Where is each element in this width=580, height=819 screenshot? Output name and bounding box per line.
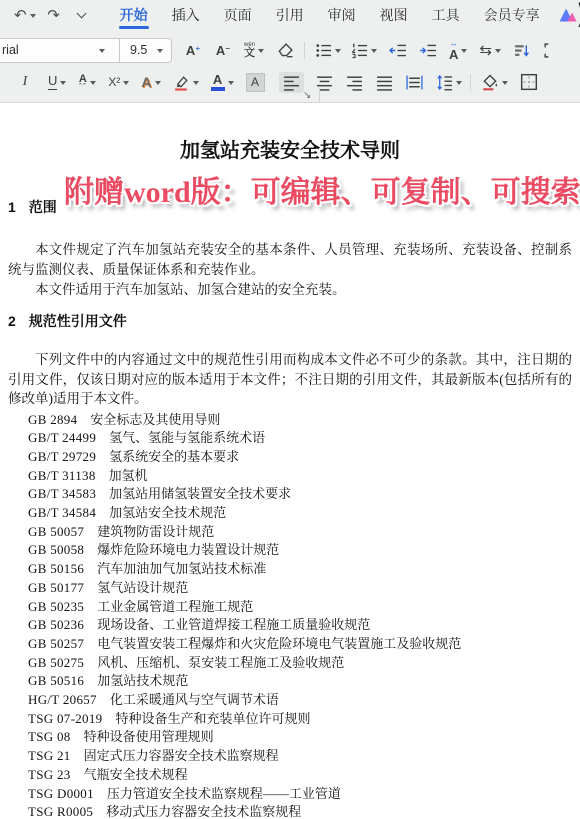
font-color-icon: A (211, 73, 225, 91)
reference-code: GB 50058 (28, 541, 84, 560)
wps-writer-window: ↶ ↷ 开始插入页面引用审阅视图工具会员专享 WPS AI (0, 0, 580, 819)
reference-title: 风机、压缩机、泵安装工程施工及验收规范 (97, 654, 344, 673)
reference-title: 气瓶安全技术规程 (84, 766, 188, 785)
reference-item: GB 50058爆炸危险环境电力装置设计规范 (28, 541, 572, 560)
paragraph-scope-1: 本文件规定了汽车加氢站充装安全的基本条件、人员管理、充装场所、充装设备、控制系统… (8, 240, 572, 280)
align-center-icon (316, 74, 333, 91)
distribute-icon (406, 74, 423, 91)
increase-indent-button[interactable] (419, 38, 437, 62)
document-title: 加氢站充装安全技术导则 (8, 137, 572, 165)
paragraph-scope-2: 本文件适用于汽车加氢站、加氢合建站的安全充装。 (8, 280, 572, 300)
distribute-button[interactable] (406, 70, 424, 94)
reference-title: 加氢站用储氢装置安全技术要求 (109, 485, 291, 504)
reference-item: GB 50156汽车加油加气加氢站技术标准 (28, 560, 572, 579)
decrease-indent-button[interactable] (389, 38, 407, 62)
reference-code: GB 50057 (28, 523, 84, 542)
toolbar-region: ↶ ↷ 开始插入页面引用审阅视图工具会员专享 WPS AI (0, 0, 580, 103)
font-controls-box: rial 9.5 (0, 38, 172, 63)
tab-list: 开始插入页面引用审阅视图工具会员专享 (110, 0, 550, 30)
shading-caret-icon[interactable] (502, 81, 508, 88)
divider (470, 74, 471, 91)
ribbon-tab-row: ↶ ↷ 开始插入页面引用审阅视图工具会员专享 WPS AI (0, 0, 580, 30)
line-spacing-icon (436, 74, 453, 91)
reference-code: GB 50275 (28, 654, 84, 673)
reference-code: GB 50257 (28, 635, 84, 654)
numbered-list-caret-icon[interactable] (371, 49, 377, 56)
reference-code: TSG D0001 (28, 785, 94, 804)
reference-item: GB 50057建筑物防雷设计规范 (28, 523, 572, 542)
quick-access-toolbar: ↶ ↷ (14, 3, 90, 27)
section-number: 1 (8, 198, 16, 217)
font-name-select[interactable]: rial (0, 43, 96, 57)
line-spacing-caret-icon[interactable] (456, 81, 462, 88)
underline-button[interactable]: U (48, 70, 66, 94)
font-color-caret-icon[interactable] (228, 81, 234, 88)
letter-a: A (449, 48, 458, 61)
reference-item: TSG 23气瓶安全技术规程 (28, 766, 572, 785)
bullet-list-button[interactable] (315, 38, 341, 62)
reference-item: GB/T 24499氢气、氢能与氢能系统术语 (28, 429, 572, 448)
pinyin-caret-icon[interactable] (258, 49, 264, 56)
font-name-caret-icon[interactable] (99, 49, 105, 56)
redo-icon: ↷ (47, 8, 60, 23)
divider (304, 42, 305, 59)
section-title: 范围 (29, 198, 57, 217)
line-spacing-button[interactable] (436, 70, 462, 94)
pinyin-guide-button[interactable]: wén 文 (244, 38, 264, 62)
text-direction-caret-icon[interactable] (495, 49, 501, 56)
reference-title: 氢气站设计规范 (97, 579, 188, 598)
emphasis-mark-button[interactable]: A ˆˆ (78, 70, 96, 94)
tab-页面[interactable]: 页面 (214, 0, 262, 30)
highlighter-icon (173, 74, 190, 91)
decrease-font-icon: A (216, 44, 225, 57)
reference-title: 特种设备生产和充装单位许可规则 (115, 710, 310, 729)
redo-button[interactable]: ↷ (45, 3, 63, 27)
reference-item: GB 2894安全标志及其使用导则 (28, 411, 572, 430)
minus-sign: ⁻ (225, 45, 230, 56)
bullet-list-caret-icon[interactable] (335, 49, 341, 56)
numbered-list-button[interactable] (351, 38, 377, 62)
italic-button[interactable]: I (16, 70, 34, 94)
reference-code: GB/T 29729 (28, 448, 96, 467)
watermark-text: 附赠word版：可编辑、可复制、可搜索 (64, 173, 576, 213)
undo-dropdown-caret-icon[interactable] (30, 14, 36, 21)
highlight-caret-icon[interactable] (193, 81, 199, 88)
reference-code: GB 50156 (28, 560, 84, 579)
reference-item: TSG 08特种设备使用管理规则 (28, 728, 572, 747)
emphasis-mark-icon: A ˆˆ (79, 74, 87, 90)
reference-item: GB/T 34584加氢站安全技术规范 (28, 504, 572, 523)
reference-item: GB 50177氢气站设计规范 (28, 579, 572, 598)
sort-button[interactable] (513, 38, 531, 62)
select-corners-icon (543, 42, 560, 59)
reference-code: GB 50177 (28, 579, 84, 598)
section-title: 规范性引用文件 (29, 312, 127, 331)
text-effects-icon: A (141, 75, 151, 89)
superscript-caret-icon[interactable] (123, 81, 129, 88)
customize-quick-access-button[interactable] (72, 3, 90, 27)
text-direction-button[interactable]: ⇆ (479, 38, 501, 62)
reference-title: 加氢机 (109, 467, 148, 486)
pinyin-char: 文 (244, 48, 255, 59)
references-list: GB 2894安全标志及其使用导则GB/T 24499氢气、氢能与氢能系统术语G… (8, 411, 572, 819)
highlight-button[interactable] (173, 70, 199, 94)
reference-item: GB/T 31138加氢机 (28, 467, 572, 486)
reference-title: 汽车加油加气加氢站技术标准 (97, 560, 266, 579)
dialog-launcher-button[interactable]: ↘ (303, 90, 311, 101)
tab-工具[interactable]: 工具 (422, 0, 470, 30)
sort-icon (513, 42, 530, 59)
justify-icon (376, 74, 393, 91)
tab-开始[interactable]: 开始 (110, 0, 158, 30)
italic-icon: I (23, 74, 28, 90)
reference-title: 氢系统安全的基本要求 (109, 448, 239, 467)
superscript-button[interactable]: X² (108, 70, 129, 94)
reference-item: GB/T 34583加氢站用储氢装置安全技术要求 (28, 485, 572, 504)
increase-font-icon: A (186, 44, 195, 57)
format-row-font: rial 9.5 A⁺ A⁻ wén 文 (0, 36, 580, 64)
reference-code: TSG R0005 (28, 803, 93, 819)
wps-ai-logo-icon (560, 9, 573, 22)
reference-title: 移动式压力容器安全技术监察规程 (106, 803, 301, 819)
borders-button[interactable] (520, 70, 538, 94)
reference-title: 氢气、氢能与氢能系统术语 (109, 429, 265, 448)
reference-item: TSG D0001压力管道安全技术监察规程——工业管道 (28, 785, 572, 804)
reference-title: 加氢站安全技术规范 (109, 504, 226, 523)
bullet-list-icon (315, 42, 332, 59)
reference-code: GB/T 31138 (28, 467, 96, 486)
reference-code: GB/T 24499 (28, 429, 96, 448)
clear-format-button[interactable] (276, 38, 294, 62)
undo-icon: ↶ (14, 8, 27, 23)
tab-会员专享[interactable]: 会员专享 (474, 0, 550, 30)
reference-code: TSG 23 (28, 766, 71, 785)
decrease-font-size-button[interactable]: A⁻ (214, 38, 232, 62)
reference-item: TSG 07-2019特种设备生产和充装单位许可规则 (28, 710, 572, 729)
paragraph-references-intro: 下列文件中的内容通过文中的规范性引用而构成本文件必不可少的条款。其中，注日期的引… (8, 350, 572, 409)
reference-item: TSG 21固定式压力容器安全技术监察规程 (28, 747, 572, 766)
reference-code: GB 2894 (28, 411, 77, 430)
undo-button[interactable]: ↶ (14, 3, 36, 27)
align-left-icon (283, 74, 300, 91)
paint-bucket-icon (481, 73, 499, 91)
divider (319, 90, 320, 102)
font-size-select[interactable]: 9.5 (120, 43, 154, 57)
font-size-caret-icon[interactable] (157, 49, 163, 56)
reference-item: GB 50257电气装置安装工程爆炸和火灾危险环境电气装置施工及验收规范 (28, 635, 572, 654)
increase-indent-icon (419, 42, 437, 59)
clipped-toolbar-button[interactable] (543, 38, 561, 62)
underline-icon: U (48, 74, 57, 89)
reference-item: TSG R0005移动式压力容器安全技术监察规程 (28, 803, 572, 819)
reference-code: GB/T 34583 (28, 485, 96, 504)
section-number: 2 (8, 312, 16, 331)
reference-code: GB/T 34584 (28, 504, 96, 523)
document-page[interactable]: 加氢站充装安全技术导则 1 范围 本文件规定了汽车加氢站充装安全的基本条件、人员… (0, 104, 580, 819)
emphasis-dots: ˆˆ (79, 85, 87, 90)
decrease-indent-icon (389, 42, 407, 59)
tab-视图[interactable]: 视图 (370, 0, 418, 30)
reference-title: 化工采暖通风与空气调节术语 (110, 691, 279, 710)
pinyin-icon: wén 文 (244, 42, 255, 59)
wps-ai-button[interactable]: WPS AI (560, 0, 580, 30)
border-grid-icon (520, 73, 538, 91)
numbered-list-icon (351, 42, 368, 59)
reference-item: GB 50275风机、压缩机、泵安装工程施工及验收规范 (28, 654, 572, 673)
align-left-button[interactable] (279, 72, 304, 93)
reference-code: TSG 07-2019 (28, 710, 102, 729)
align-right-button[interactable] (346, 70, 364, 94)
tab-插入[interactable]: 插入 (162, 0, 210, 30)
reference-code: TSG 21 (28, 747, 71, 766)
superscript-icon: X² (108, 75, 120, 89)
tab-审阅[interactable]: 审阅 (318, 0, 366, 30)
letter-a: A (213, 73, 222, 86)
character-shading-icon: A (246, 73, 265, 92)
character-shading-button[interactable]: A (246, 70, 265, 94)
reference-item: GB 50516加氢站技术规范 (28, 672, 572, 691)
plus-sign: ⁺ (195, 45, 200, 56)
chevron-down-icon (77, 9, 87, 19)
character-scale-button[interactable]: ↔ A (449, 38, 467, 62)
align-right-icon (346, 74, 363, 91)
tab-引用[interactable]: 引用 (266, 0, 314, 30)
character-scale-caret-icon[interactable] (461, 49, 467, 56)
reference-title: 现场设备、工业管道焊接工程施工质量验收规范 (97, 616, 370, 635)
reference-title: 电气装置安装工程爆炸和火灾危险环境电气装置施工及验收规范 (97, 635, 461, 654)
format-row-paragraph: I U A ˆˆ X² A (0, 68, 580, 96)
text-effects-button[interactable]: A (141, 70, 160, 94)
reference-code: TSG 08 (28, 728, 71, 747)
reference-item: GB 50235工业金属管道工程施工规范 (28, 598, 572, 617)
underline-caret-icon[interactable] (60, 81, 66, 88)
shading-fill-button[interactable] (481, 70, 508, 94)
text-effects-caret-icon[interactable] (155, 81, 161, 88)
reference-code: GB 50516 (28, 672, 84, 691)
reference-title: 固定式压力容器安全技术监察规程 (84, 747, 279, 766)
reference-title: 压力管道安全技术监察规程——工业管道 (107, 785, 341, 804)
emphasis-caret-icon[interactable] (90, 81, 96, 88)
reference-title: 建筑物防雷设计规范 (97, 523, 214, 542)
increase-font-size-button[interactable]: A⁺ (184, 38, 202, 62)
two-way-arrows-icon: ⇆ (479, 43, 492, 58)
reference-item: HG/T 20657化工采暖通风与空气调节术语 (28, 691, 572, 710)
reference-title: 安全标志及其使用导则 (90, 411, 220, 430)
justify-button[interactable] (376, 70, 394, 94)
reference-item: GB/T 29729氢系统安全的基本要求 (28, 448, 572, 467)
font-color-button[interactable]: A (211, 70, 234, 94)
reference-code: GB 50235 (28, 598, 84, 617)
reference-title: 加氢站技术规范 (97, 672, 188, 691)
eraser-icon (277, 42, 294, 59)
section-heading-references: 2 规范性引用文件 (8, 312, 572, 331)
character-scale-icon: ↔ A (449, 40, 458, 61)
reference-item: GB 50236现场设备、工业管道焊接工程施工质量验收规范 (28, 616, 572, 635)
reference-title: 工业金属管道工程施工规范 (97, 598, 253, 617)
reference-title: 特种设备使用管理规则 (84, 728, 214, 747)
reference-code: GB 50236 (28, 616, 84, 635)
font-color-bar (211, 87, 225, 91)
reference-title: 爆炸危险环境电力装置设计规范 (97, 541, 279, 560)
reference-code: HG/T 20657 (28, 691, 97, 710)
